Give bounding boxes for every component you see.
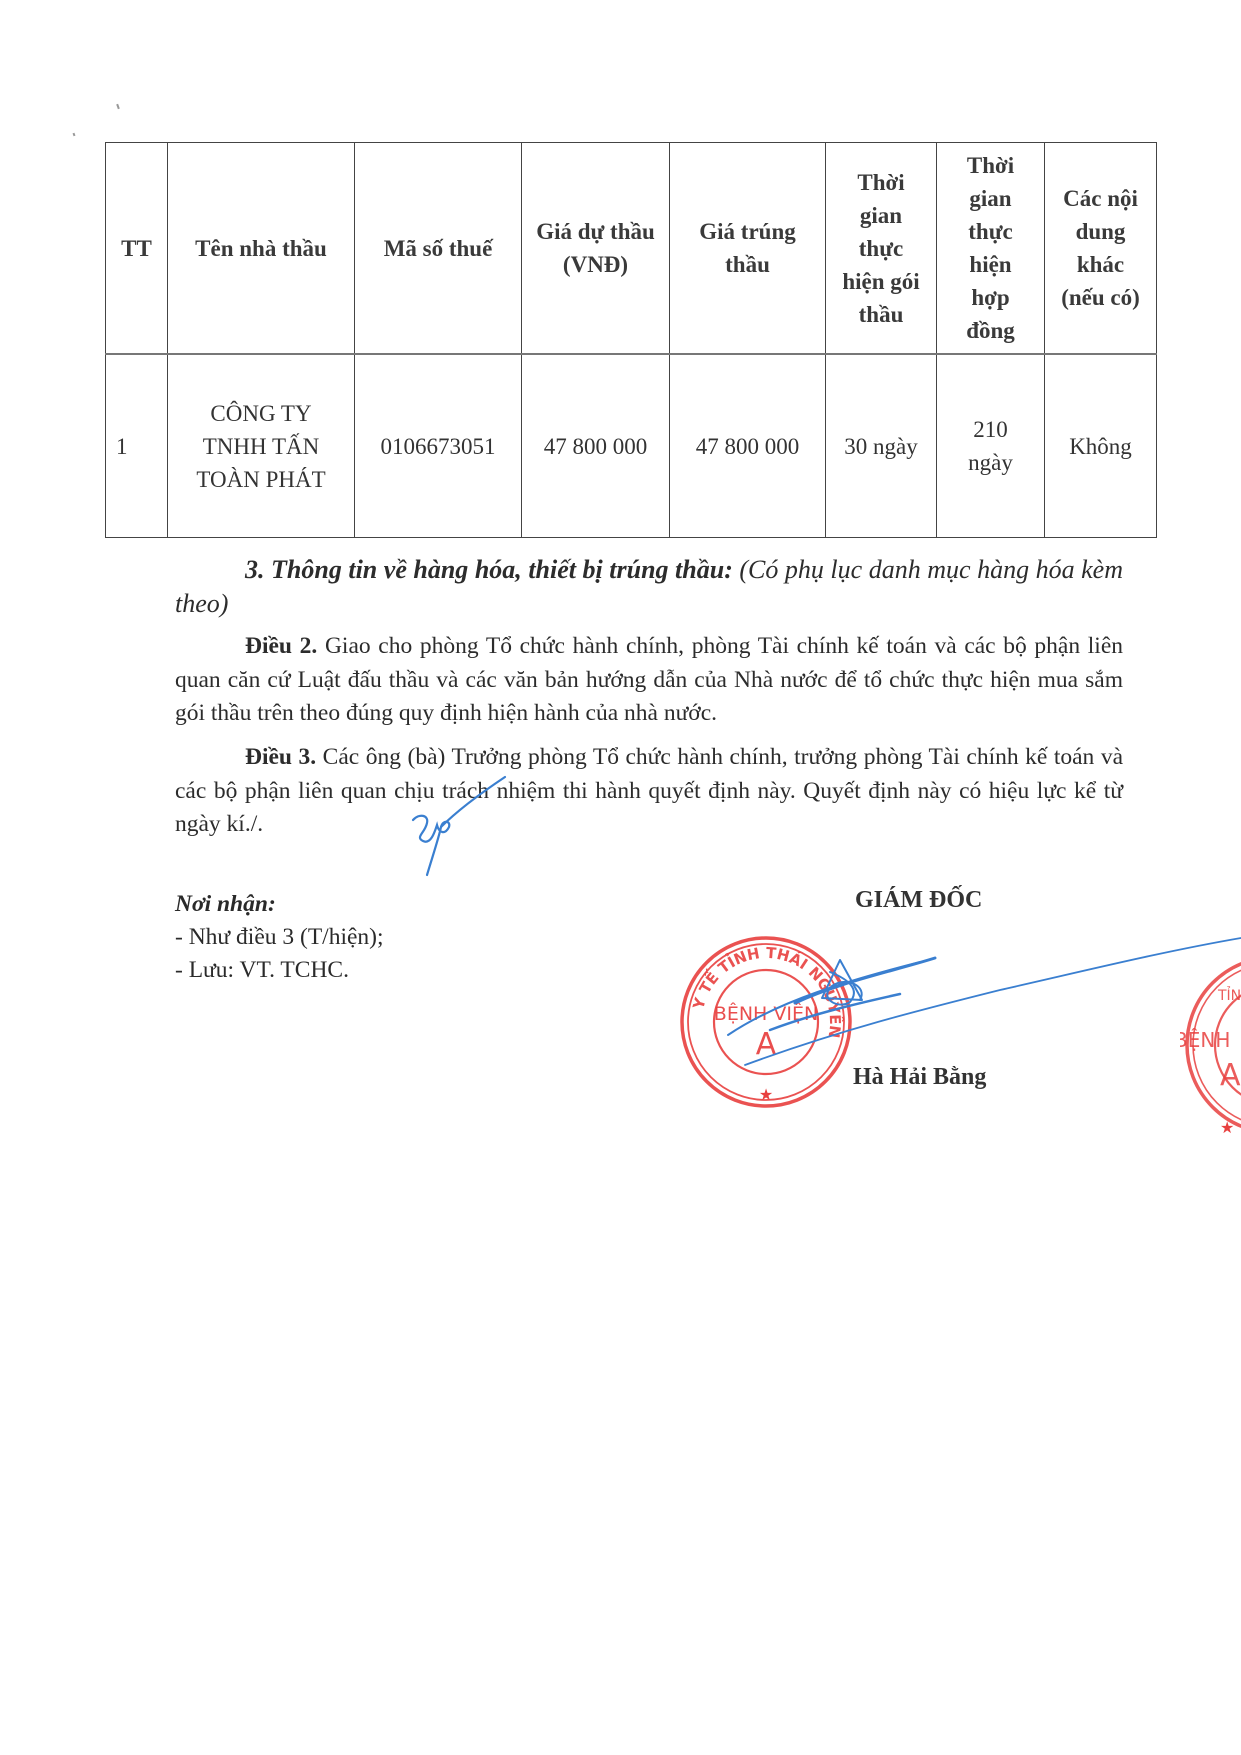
cell-contractor-text: TOÀN PHÁT (172, 463, 350, 496)
column-header-line: hiện (941, 248, 1040, 281)
scan-speck (73, 133, 76, 137)
column-header: Giá trúngthầu (670, 143, 826, 355)
column-header-line: (nếu có) (1049, 281, 1152, 314)
svg-text:★: ★ (1220, 1120, 1234, 1137)
article-3-text: Các ông (bà) Trưởng phòng Tổ chức hành c… (175, 744, 1123, 837)
official-stamp-icon: Y TẾ TỈNH THÁI NGUYÊN BỆNH VIỆN A ★ (676, 932, 856, 1112)
scan-speck (116, 104, 120, 109)
svg-text:A: A (1220, 1058, 1241, 1093)
cell-package-duration: 30 ngày (826, 354, 937, 538)
cell-contract-duration-text: 210 (941, 413, 1040, 446)
column-header-line: khác (1049, 248, 1152, 281)
table-row: 1CÔNG TYTNHH TẤNTOÀN PHÁT010667305147 80… (106, 354, 1157, 538)
cell-contract-duration: 210ngày (937, 354, 1045, 538)
column-header-line: (VNĐ) (526, 248, 665, 281)
article-3-label: Điều 3. (245, 744, 316, 770)
cell-tt-text: 1 (116, 430, 163, 463)
column-header-line: gian (830, 199, 932, 232)
cell-other: Không (1045, 354, 1157, 538)
svg-text:BỆNH VIỆN: BỆNH VIỆN (714, 1002, 818, 1025)
column-header-line: Giá trúng (674, 215, 821, 248)
cell-contractor-text: CÔNG TY (172, 397, 350, 430)
column-header-line: thầu (674, 248, 821, 281)
cell-bid-price: 47 800 000 (522, 354, 670, 538)
recipients-block: Nơi nhận: - Như điều 3 (T/hiện); - Lưu: … (175, 888, 384, 987)
svg-text:BỆNH: BỆNH (1180, 1028, 1230, 1052)
column-header: TT (106, 143, 168, 355)
overlap-stamp-icon: TỈN BỆNH A ★ (1180, 945, 1241, 1145)
recipient-item: - Như điều 3 (T/hiện); (175, 921, 384, 954)
section-3-label: 3. Thông tin về hàng hóa, thiết bị trúng… (245, 555, 733, 584)
column-header: Các nộidungkhác(nếu có) (1045, 143, 1157, 355)
column-header-line: hiện gói (830, 265, 932, 298)
recipients-heading: Nơi nhận: (175, 888, 384, 921)
column-header: Thờigianthựchiện góithầu (826, 143, 937, 355)
contractor-table: TTTên nhà thầuMã số thuếGiá dự thầu(VNĐ)… (105, 142, 1157, 538)
column-header: Giá dự thầu(VNĐ) (522, 143, 670, 355)
column-header-line: hợp (941, 281, 1040, 314)
svg-text:A: A (756, 1027, 777, 1062)
cell-tt: 1 (106, 354, 168, 538)
article-2-text: Giao cho phòng Tổ chức hành chính, phòng… (175, 633, 1123, 726)
section-3-goods-info: 3. Thông tin về hàng hóa, thiết bị trúng… (175, 553, 1123, 620)
cell-winning-price-text: 47 800 000 (674, 430, 821, 463)
column-header-line: Các nội (1049, 182, 1152, 215)
cell-contractor-text: TNHH TẤN (172, 430, 350, 463)
column-header-line: Giá dự thầu (526, 215, 665, 248)
cell-tax-code-text: 0106673051 (359, 430, 517, 463)
column-header-line: Thời (941, 149, 1040, 182)
cell-bid-price-text: 47 800 000 (526, 430, 665, 463)
column-header-line: Thời (830, 166, 932, 199)
cell-tax-code: 0106673051 (355, 354, 522, 538)
column-header-line: đồng (941, 314, 1040, 347)
article-3: Điều 3. Các ông (bà) Trưởng phòng Tổ chứ… (175, 741, 1123, 842)
column-header-line: Mã số thuế (359, 232, 517, 265)
article-2-label: Điều 2. (245, 633, 317, 659)
column-header-line: dung (1049, 215, 1152, 248)
column-header-line: Tên nhà thầu (172, 232, 350, 265)
column-header-line: thực (941, 215, 1040, 248)
cell-contract-duration-text: ngày (941, 446, 1040, 479)
column-header-line: TT (110, 232, 163, 265)
signer-name: Hà Hải Bằng (853, 1064, 986, 1091)
column-header-line: thực (830, 232, 932, 265)
signer-title: GIÁM ĐỐC (855, 887, 982, 914)
recipient-item: - Lưu: VT. TCHC. (175, 954, 384, 987)
article-2: Điều 2. Giao cho phòng Tổ chức hành chín… (175, 630, 1123, 731)
cell-contractor: CÔNG TYTNHH TẤNTOÀN PHÁT (168, 354, 355, 538)
column-header: Tên nhà thầu (168, 143, 355, 355)
svg-text:★: ★ (759, 1087, 773, 1104)
table-header-row: TTTên nhà thầuMã số thuếGiá dự thầu(VNĐ)… (106, 143, 1157, 355)
cell-package-duration-text: 30 ngày (830, 430, 932, 463)
svg-text:TỈN: TỈN (1217, 986, 1241, 1004)
column-header-line: gian (941, 182, 1040, 215)
column-header: Mã số thuế (355, 143, 522, 355)
column-header: Thờigianthựchiệnhợpđồng (937, 143, 1045, 355)
cell-winning-price: 47 800 000 (670, 354, 826, 538)
cell-other-text: Không (1049, 430, 1152, 463)
column-header-line: thầu (830, 298, 932, 331)
